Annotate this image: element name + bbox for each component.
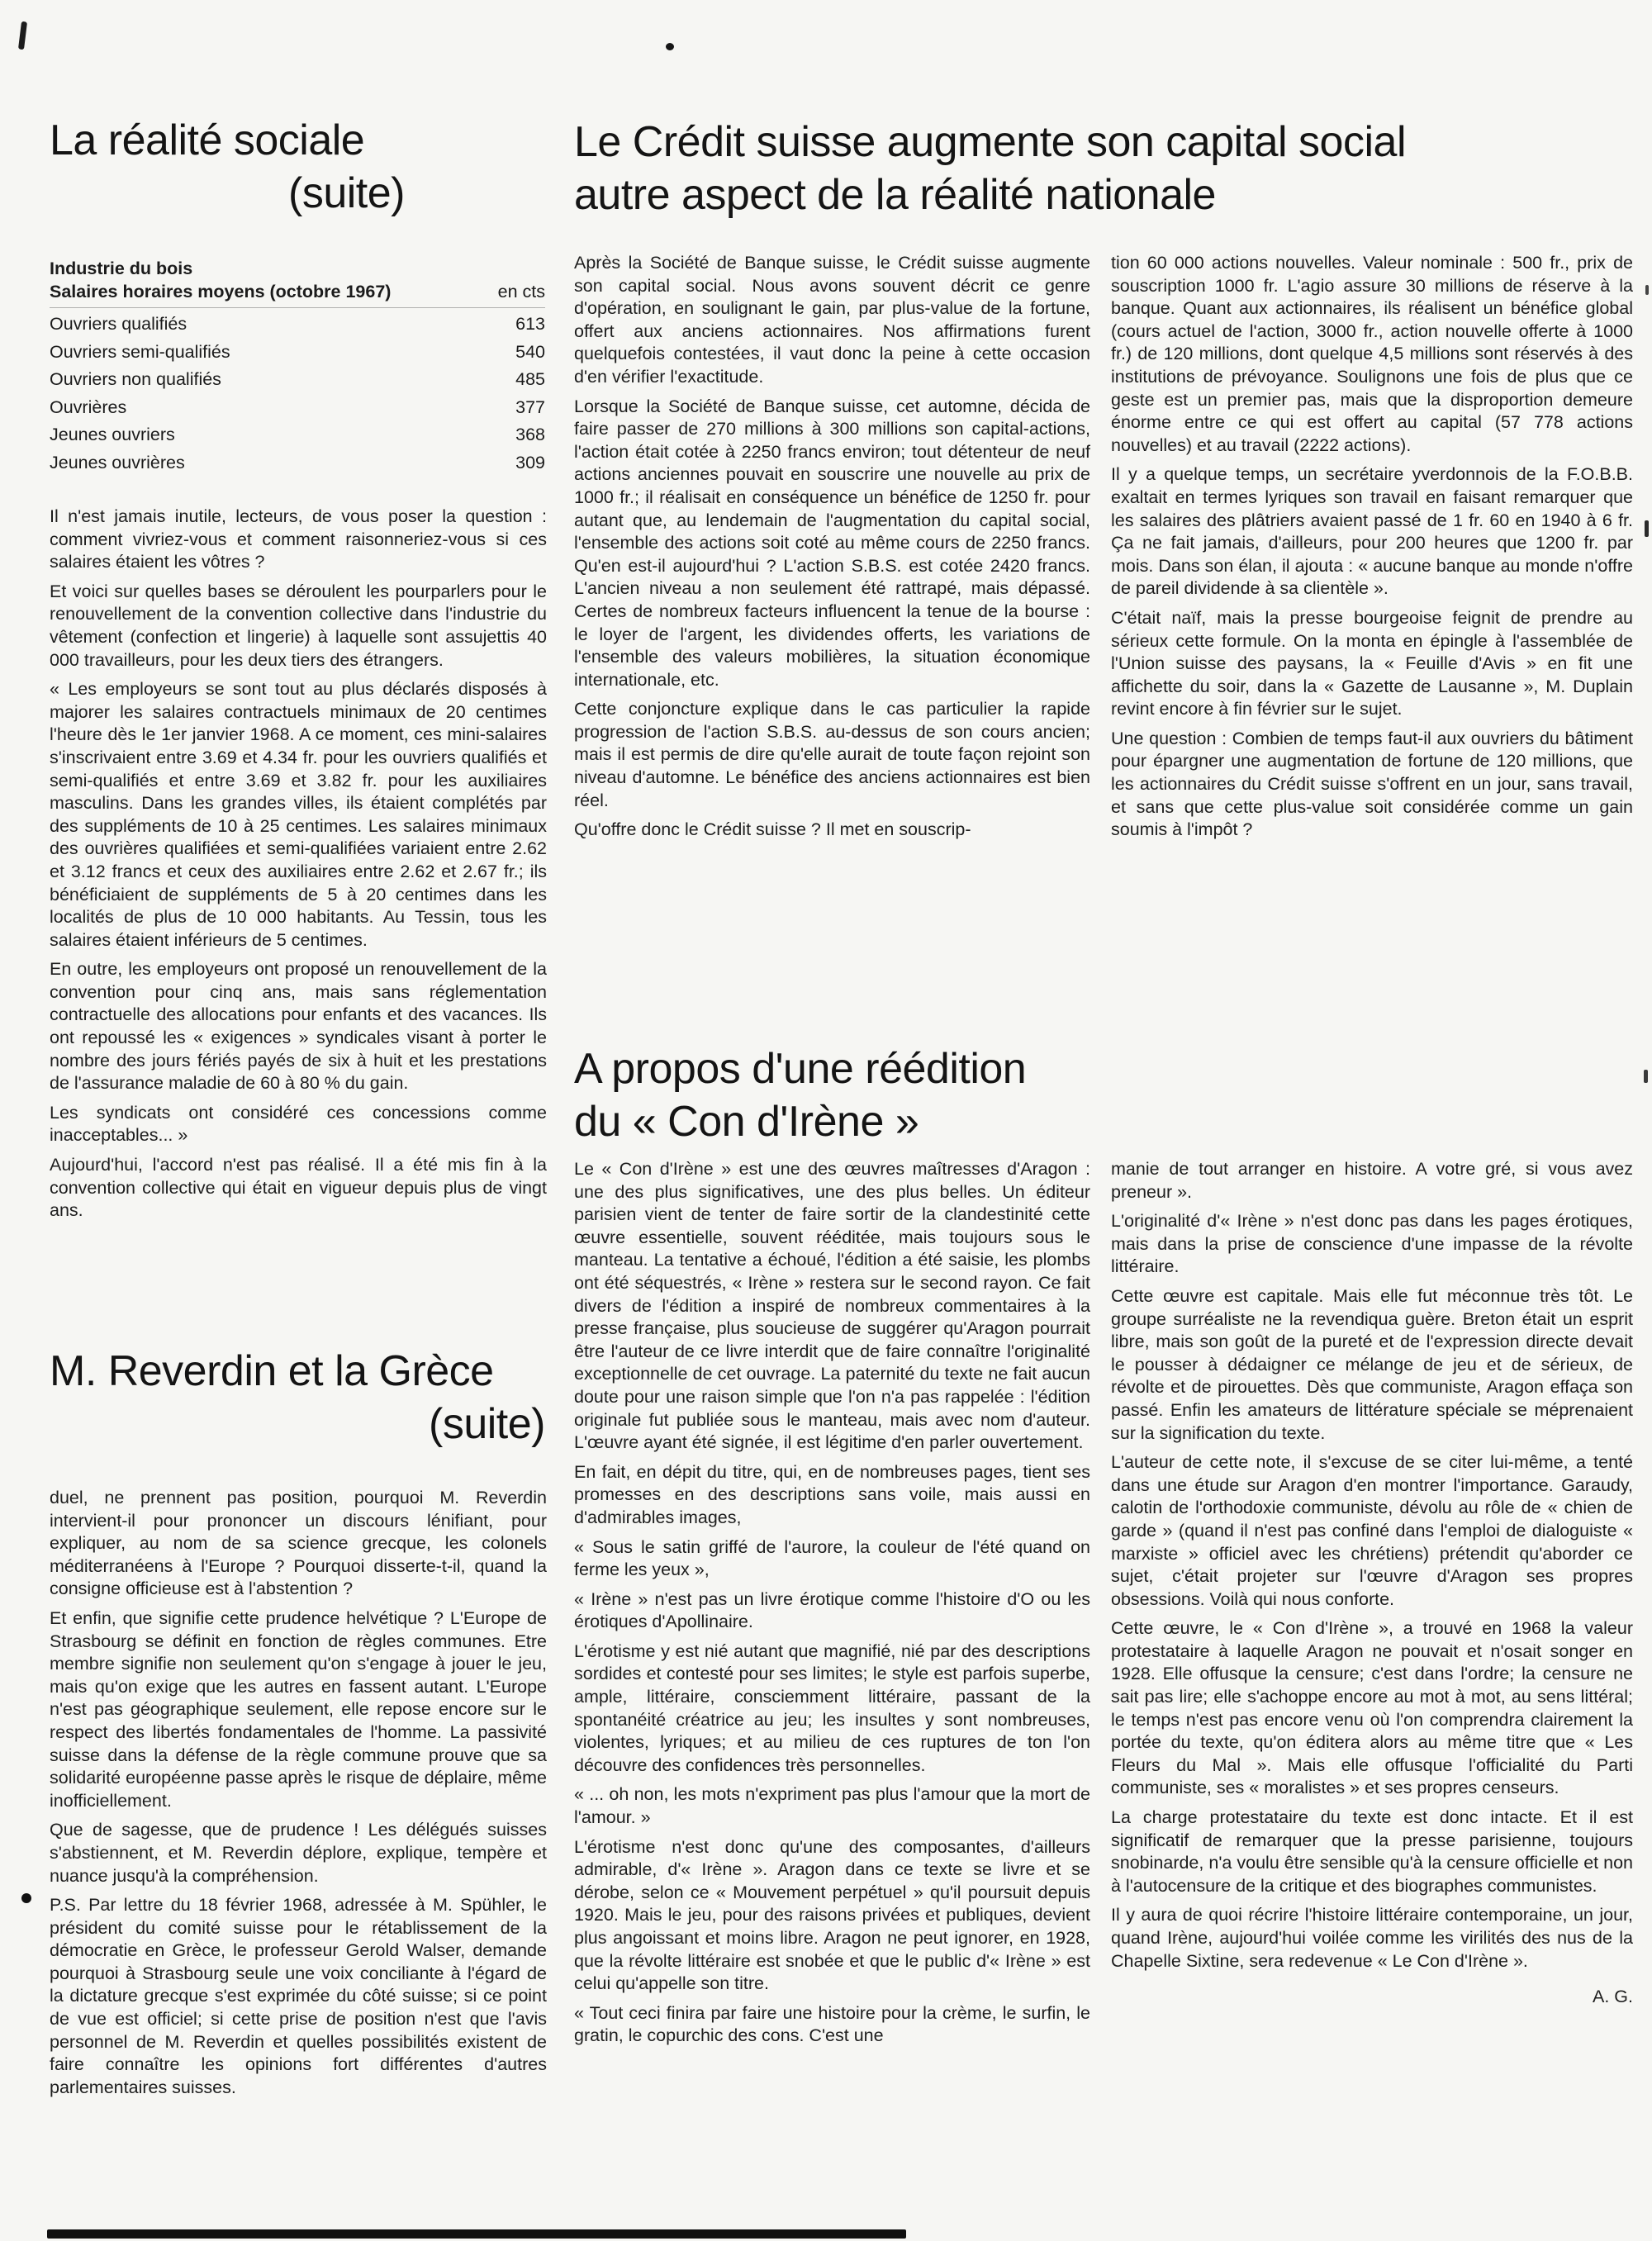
- paragraph: Il y a quelque temps, un secrétaire yver…: [1111, 463, 1633, 601]
- paragraph: Les syndicats ont considéré ces concessi…: [50, 1102, 547, 1147]
- article-credit-title: Le Crédit suisse augmente son capital so…: [574, 116, 1623, 221]
- table-row: Ouvrières 377: [50, 396, 545, 420]
- table-row: Jeunes ouvrières 309: [50, 452, 545, 475]
- paragraph: Le « Con d'Irène » est une des œuvres ma…: [574, 1158, 1090, 1455]
- paragraph: Cette œuvre, le « Con d'Irène », a trouv…: [1111, 1617, 1633, 1800]
- author-initials: A. G.: [1111, 1986, 1633, 2009]
- scan-artifact-right-edge-mark: [1645, 285, 1649, 295]
- paragraph: Il y aura de quoi récrire l'histoire lit…: [1111, 1904, 1633, 1973]
- table-row-value: 368: [515, 424, 545, 447]
- article-reverdin-title: M. Reverdin et la Grèce (suite): [50, 1345, 545, 1450]
- paragraph: tion 60 000 actions nouvelles. Valeur no…: [1111, 252, 1633, 457]
- paragraph: Que de sagesse, que de prudence ! Les dé…: [50, 1819, 547, 1887]
- table-row: Ouvriers qualifiés 613: [50, 313, 545, 336]
- paragraph: « ... oh non, les mots n'expriment pas p…: [574, 1783, 1090, 1829]
- article-reverdin-title-line1: M. Reverdin et la Grèce: [50, 1345, 545, 1398]
- table-row-value: 540: [515, 341, 545, 364]
- salary-table: Industrie du bois Salaires horaires moye…: [50, 258, 545, 474]
- paragraph: L'auteur de cette note, il s'excuse de s…: [1111, 1451, 1633, 1611]
- paragraph: Après la Société de Banque suisse, le Cr…: [574, 252, 1090, 389]
- article-reverdin-body: duel, ne prennent pas position, pourquoi…: [50, 1487, 547, 2099]
- table-row-value: 309: [515, 452, 545, 475]
- paragraph: Et enfin, que signifie cette prudence he…: [50, 1607, 547, 1812]
- paragraph: Lorsque la Société de Banque suisse, cet…: [574, 396, 1090, 692]
- article-credit-col1: Après la Société de Banque suisse, le Cr…: [574, 252, 1090, 842]
- table-row-value: 613: [515, 313, 545, 336]
- paragraph: En fait, en dépit du titre, qui, en de n…: [574, 1461, 1090, 1530]
- salary-table-header2: Salaires horaires moyens (octobre 1967) …: [50, 281, 545, 309]
- paragraph: En outre, les employeurs ont proposé un …: [50, 958, 547, 1095]
- newspaper-page: La réalité sociale (suite) Industrie du …: [0, 0, 1652, 2241]
- paragraph: L'érotisme n'est donc qu'une des composa…: [574, 1836, 1090, 1996]
- article-credit-title-line2: autre aspect de la réalité nationale: [574, 169, 1623, 221]
- paragraph: P.S. Par lettre du 18 février 1968, adre…: [50, 1894, 547, 2099]
- article-social-body: Il n'est jamais inutile, lecteurs, de vo…: [50, 506, 547, 1223]
- paragraph: « Irène » n'est pas un livre érotique co…: [574, 1588, 1090, 1634]
- paragraph: duel, ne prennent pas position, pourquoi…: [50, 1487, 547, 1601]
- paragraph: « Tout ceci finira par faire une histoir…: [574, 2002, 1090, 2048]
- table-row-label: Ouvriers qualifiés: [50, 313, 187, 336]
- table-row-label: Ouvriers semi-qualifiés: [50, 341, 230, 364]
- paragraph: Une question : Combien de temps faut-il …: [1111, 728, 1633, 842]
- table-row: Ouvriers semi-qualifiés 540: [50, 341, 545, 364]
- paragraph: L'érotisme y est nié autant que magnifié…: [574, 1640, 1090, 1778]
- scan-artifact-right-edge-mark: [1644, 1070, 1648, 1083]
- paragraph: La charge protestataire du texte est don…: [1111, 1807, 1633, 1897]
- salary-table-header2-label: Salaires horaires moyens (octobre 1967): [50, 281, 391, 304]
- article-irene-col2: manie de tout arranger en histoire. A vo…: [1111, 1158, 1633, 2009]
- paragraph: « Les employeurs se sont tout au plus dé…: [50, 678, 547, 952]
- table-row-value: 485: [515, 368, 545, 392]
- scan-artifact-top-dot: [666, 43, 674, 50]
- paragraph: Qu'offre donc le Crédit suisse ? Il met …: [574, 819, 1090, 842]
- paragraph: Il n'est jamais inutile, lecteurs, de vo…: [50, 506, 547, 574]
- article-social-title-line2: (suite): [50, 167, 405, 220]
- scan-artifact-top-left-dash: [18, 21, 27, 50]
- table-row-label: Jeunes ouvriers: [50, 424, 175, 447]
- table-row: Jeunes ouvriers 368: [50, 424, 545, 447]
- table-row-label: Ouvriers non qualifiés: [50, 368, 221, 392]
- scan-artifact-right-edge-mark: [1645, 520, 1649, 537]
- table-row-value: 377: [515, 396, 545, 420]
- paragraph: Et voici sur quelles bases se déroulent …: [50, 581, 547, 672]
- paragraph: manie de tout arranger en histoire. A vo…: [1111, 1158, 1633, 1204]
- scan-artifact-bottom-bar: [47, 2229, 906, 2239]
- article-credit-title-line1: Le Crédit suisse augmente son capital so…: [574, 116, 1623, 169]
- article-reverdin-title-line2: (suite): [50, 1398, 545, 1450]
- article-social-title: La réalité sociale (suite): [50, 114, 405, 220]
- paragraph: Aujourd'hui, l'accord n'est pas réalisé.…: [50, 1154, 547, 1223]
- article-irene-col1: Le « Con d'Irène » est une des œuvres ma…: [574, 1158, 1090, 2048]
- paragraph: L'originalité d'« Irène » n'est donc pas…: [1111, 1210, 1633, 1279]
- scan-artifact-margin-bullet: [21, 1893, 31, 1903]
- article-irene-title-line2: du « Con d'Irène »: [574, 1095, 1202, 1148]
- article-credit-col2: tion 60 000 actions nouvelles. Valeur no…: [1111, 252, 1633, 842]
- table-row-label: Ouvrières: [50, 396, 126, 420]
- salary-table-header1: Industrie du bois: [50, 258, 545, 281]
- paragraph: C'était naïf, mais la presse bourgeoise …: [1111, 607, 1633, 721]
- paragraph: « Sous le satin griffé de l'aurore, la c…: [574, 1536, 1090, 1582]
- paragraph: Cette conjoncture explique dans le cas p…: [574, 698, 1090, 812]
- article-social-title-line1: La réalité sociale: [50, 114, 405, 167]
- table-row: Ouvriers non qualifiés 485: [50, 368, 545, 392]
- table-row-label: Jeunes ouvrières: [50, 452, 185, 475]
- paragraph: Cette œuvre est capitale. Mais elle fut …: [1111, 1285, 1633, 1445]
- salary-table-unit: en cts: [498, 281, 545, 304]
- article-irene-title: A propos d'une réédition du « Con d'Irèn…: [574, 1042, 1202, 1148]
- article-irene-title-line1: A propos d'une réédition: [574, 1042, 1202, 1095]
